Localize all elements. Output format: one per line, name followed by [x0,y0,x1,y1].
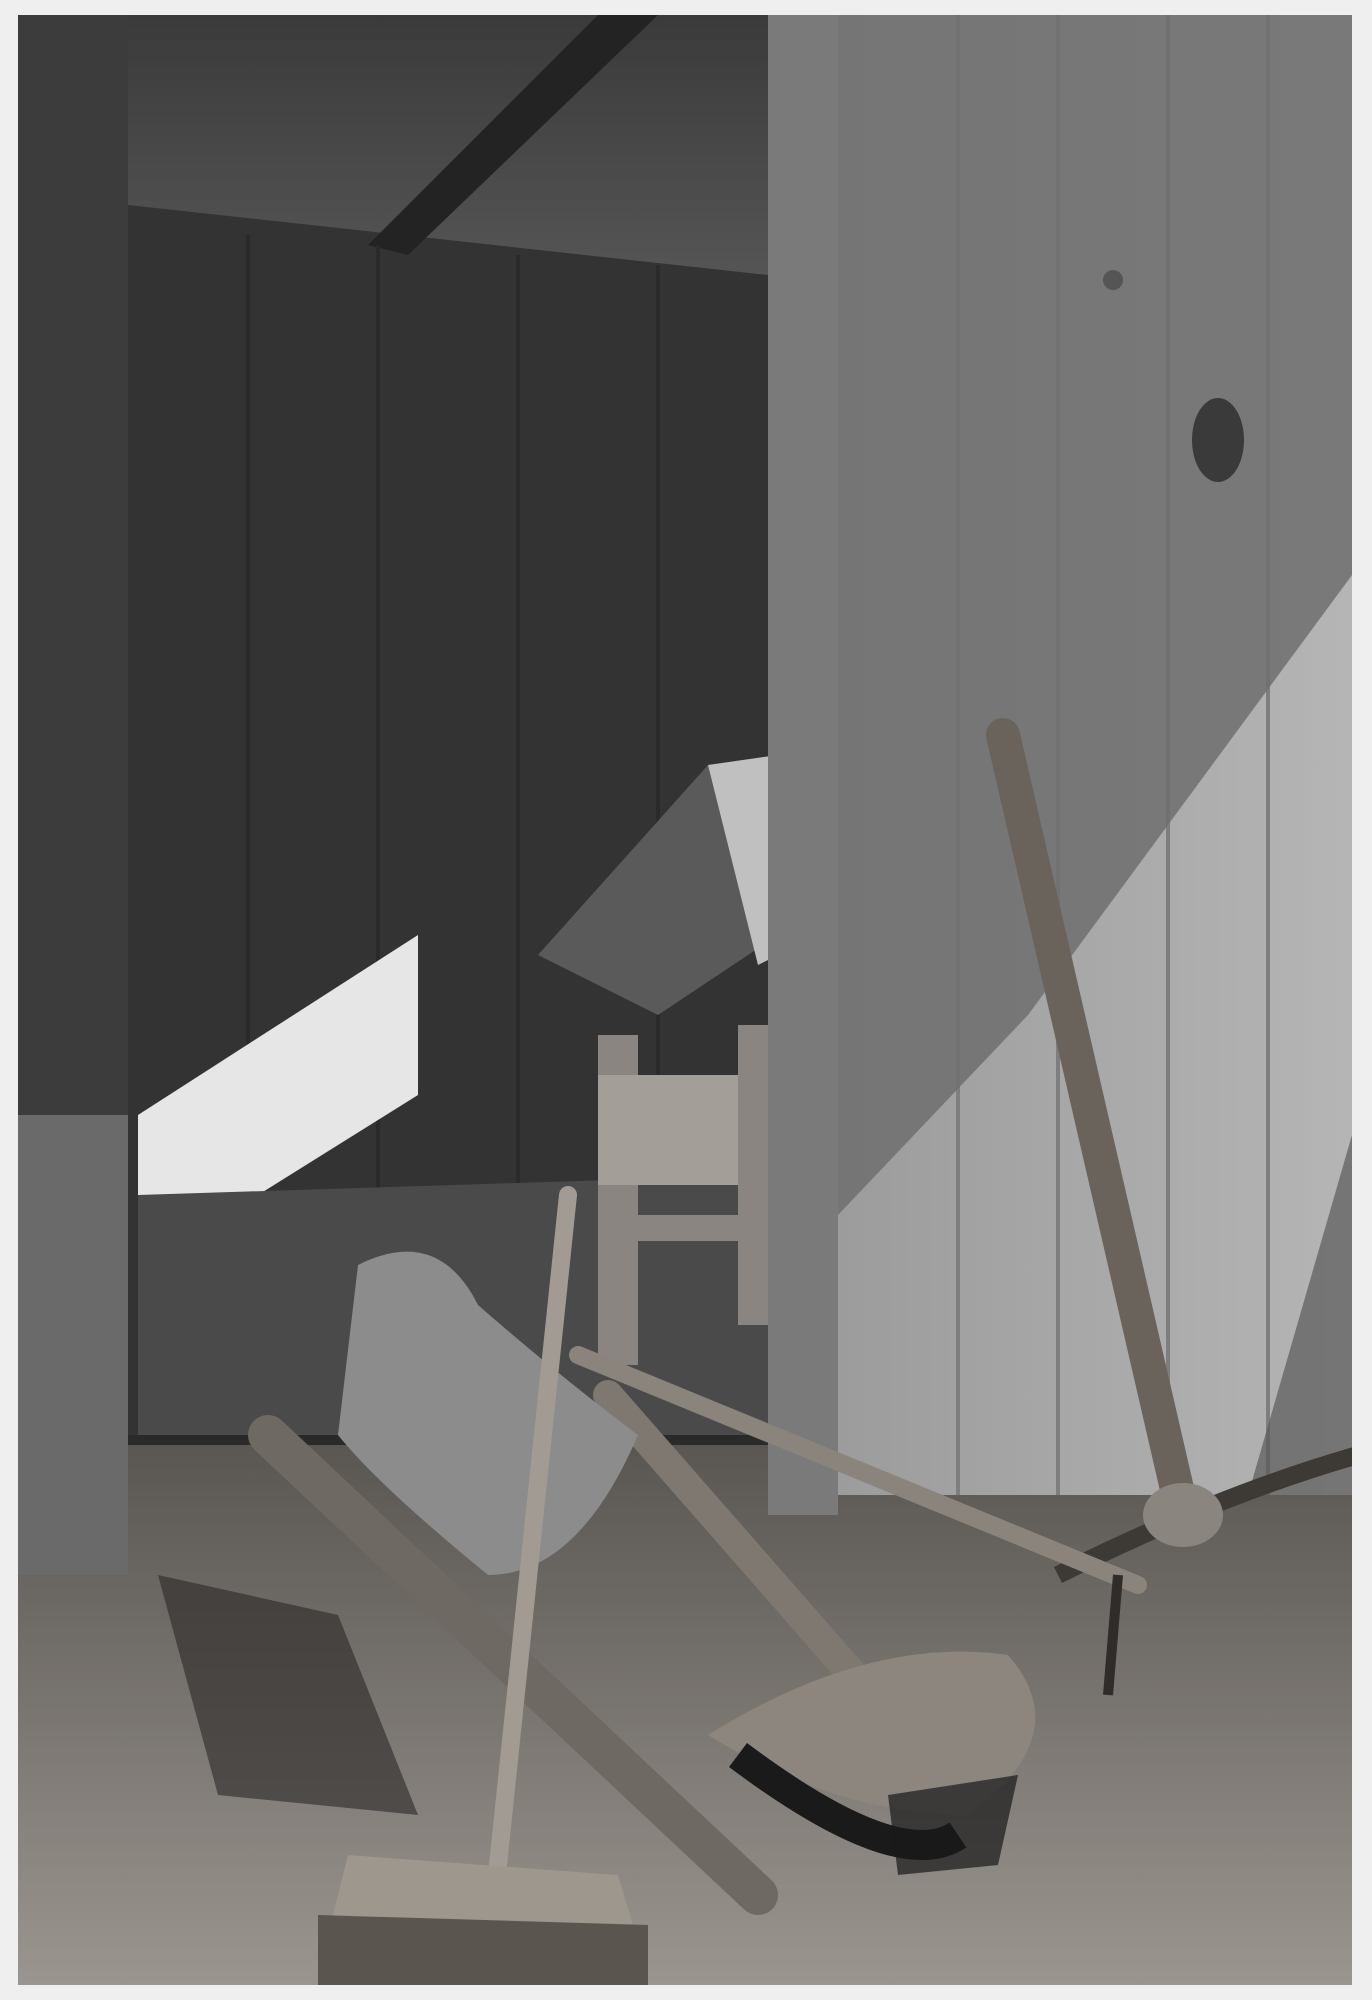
photo-scene [18,15,1352,1985]
door-post [768,15,838,1515]
photograph [18,15,1352,1985]
wood-knot [1192,398,1244,482]
